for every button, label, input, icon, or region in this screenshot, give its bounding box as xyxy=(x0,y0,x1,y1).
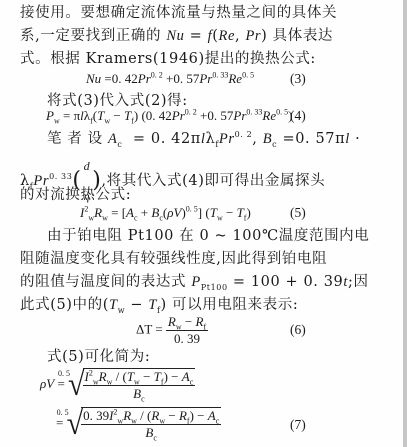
inline-math: Nu xyxy=(166,28,184,44)
equation-number: (3) xyxy=(290,71,306,87)
equation-6: ΔT = Rw − Rf0. 39 xyxy=(136,314,208,347)
equation-number: (6) xyxy=(290,322,306,338)
text-line: 阻随温度变化具有较强线性度,因此得到铂电阻 xyxy=(20,250,327,268)
text-line: 的阻值与温度间的表达式 PPt100 = 100 + 0. 39t;因 xyxy=(20,273,369,291)
text-line: 此式(5)中的(Tw − Tf) 可以用电阻来表示: xyxy=(20,296,298,314)
text-line: 笔 者 设 Ac = 0. 42πlλfPr0. 2, Bc =0. 57πl … xyxy=(47,130,360,148)
equation-7b: = 0. 5√0. 39I2wRw / (Rw − Rf) − AcBc xyxy=(56,407,221,441)
text-line: 式。根据 Kramers(1946)提出的换热公式: xyxy=(20,50,316,68)
text-line: 式(5)可化简为: xyxy=(47,348,150,366)
equation-4: Pw = πlλf(Tw − Tf) (0. 42Pr0. 2 +0. 57Pr… xyxy=(46,108,292,124)
text-line: 接使用。要想确定流体流量与热量之间的具体关 xyxy=(20,4,337,22)
equation-number: (5) xyxy=(290,205,306,221)
equation-3: Nu =0. 42Pr0. 2 +0. 57Pr0. 33Re0. 5 xyxy=(86,71,254,87)
equation-5: I2wRw = [Ac + Bc(ρV)0. 5] (Tw − Tf) xyxy=(80,205,251,221)
text-line: 的对流换热公式: xyxy=(20,186,131,204)
page-edge-scrollbar[interactable] xyxy=(403,0,407,447)
equation-number: (4) xyxy=(290,108,306,124)
equation-number: (7) xyxy=(290,417,306,433)
text-line: 由于铂电阻 Pt100 在 0 ~ 100℃温度范围内电 xyxy=(47,227,369,245)
text-line: 系,一定要找到正确的 Nu = f(Re, Pr) 具体表达 xyxy=(20,27,333,45)
equation-7a: ρV = 0. 5√I2wRw / (Tw − Tf) − AcBc xyxy=(40,368,195,402)
document-page: 接使用。要想确定流体流量与热量之间的具体关 系,一定要找到正确的 Nu = f(… xyxy=(0,0,403,447)
